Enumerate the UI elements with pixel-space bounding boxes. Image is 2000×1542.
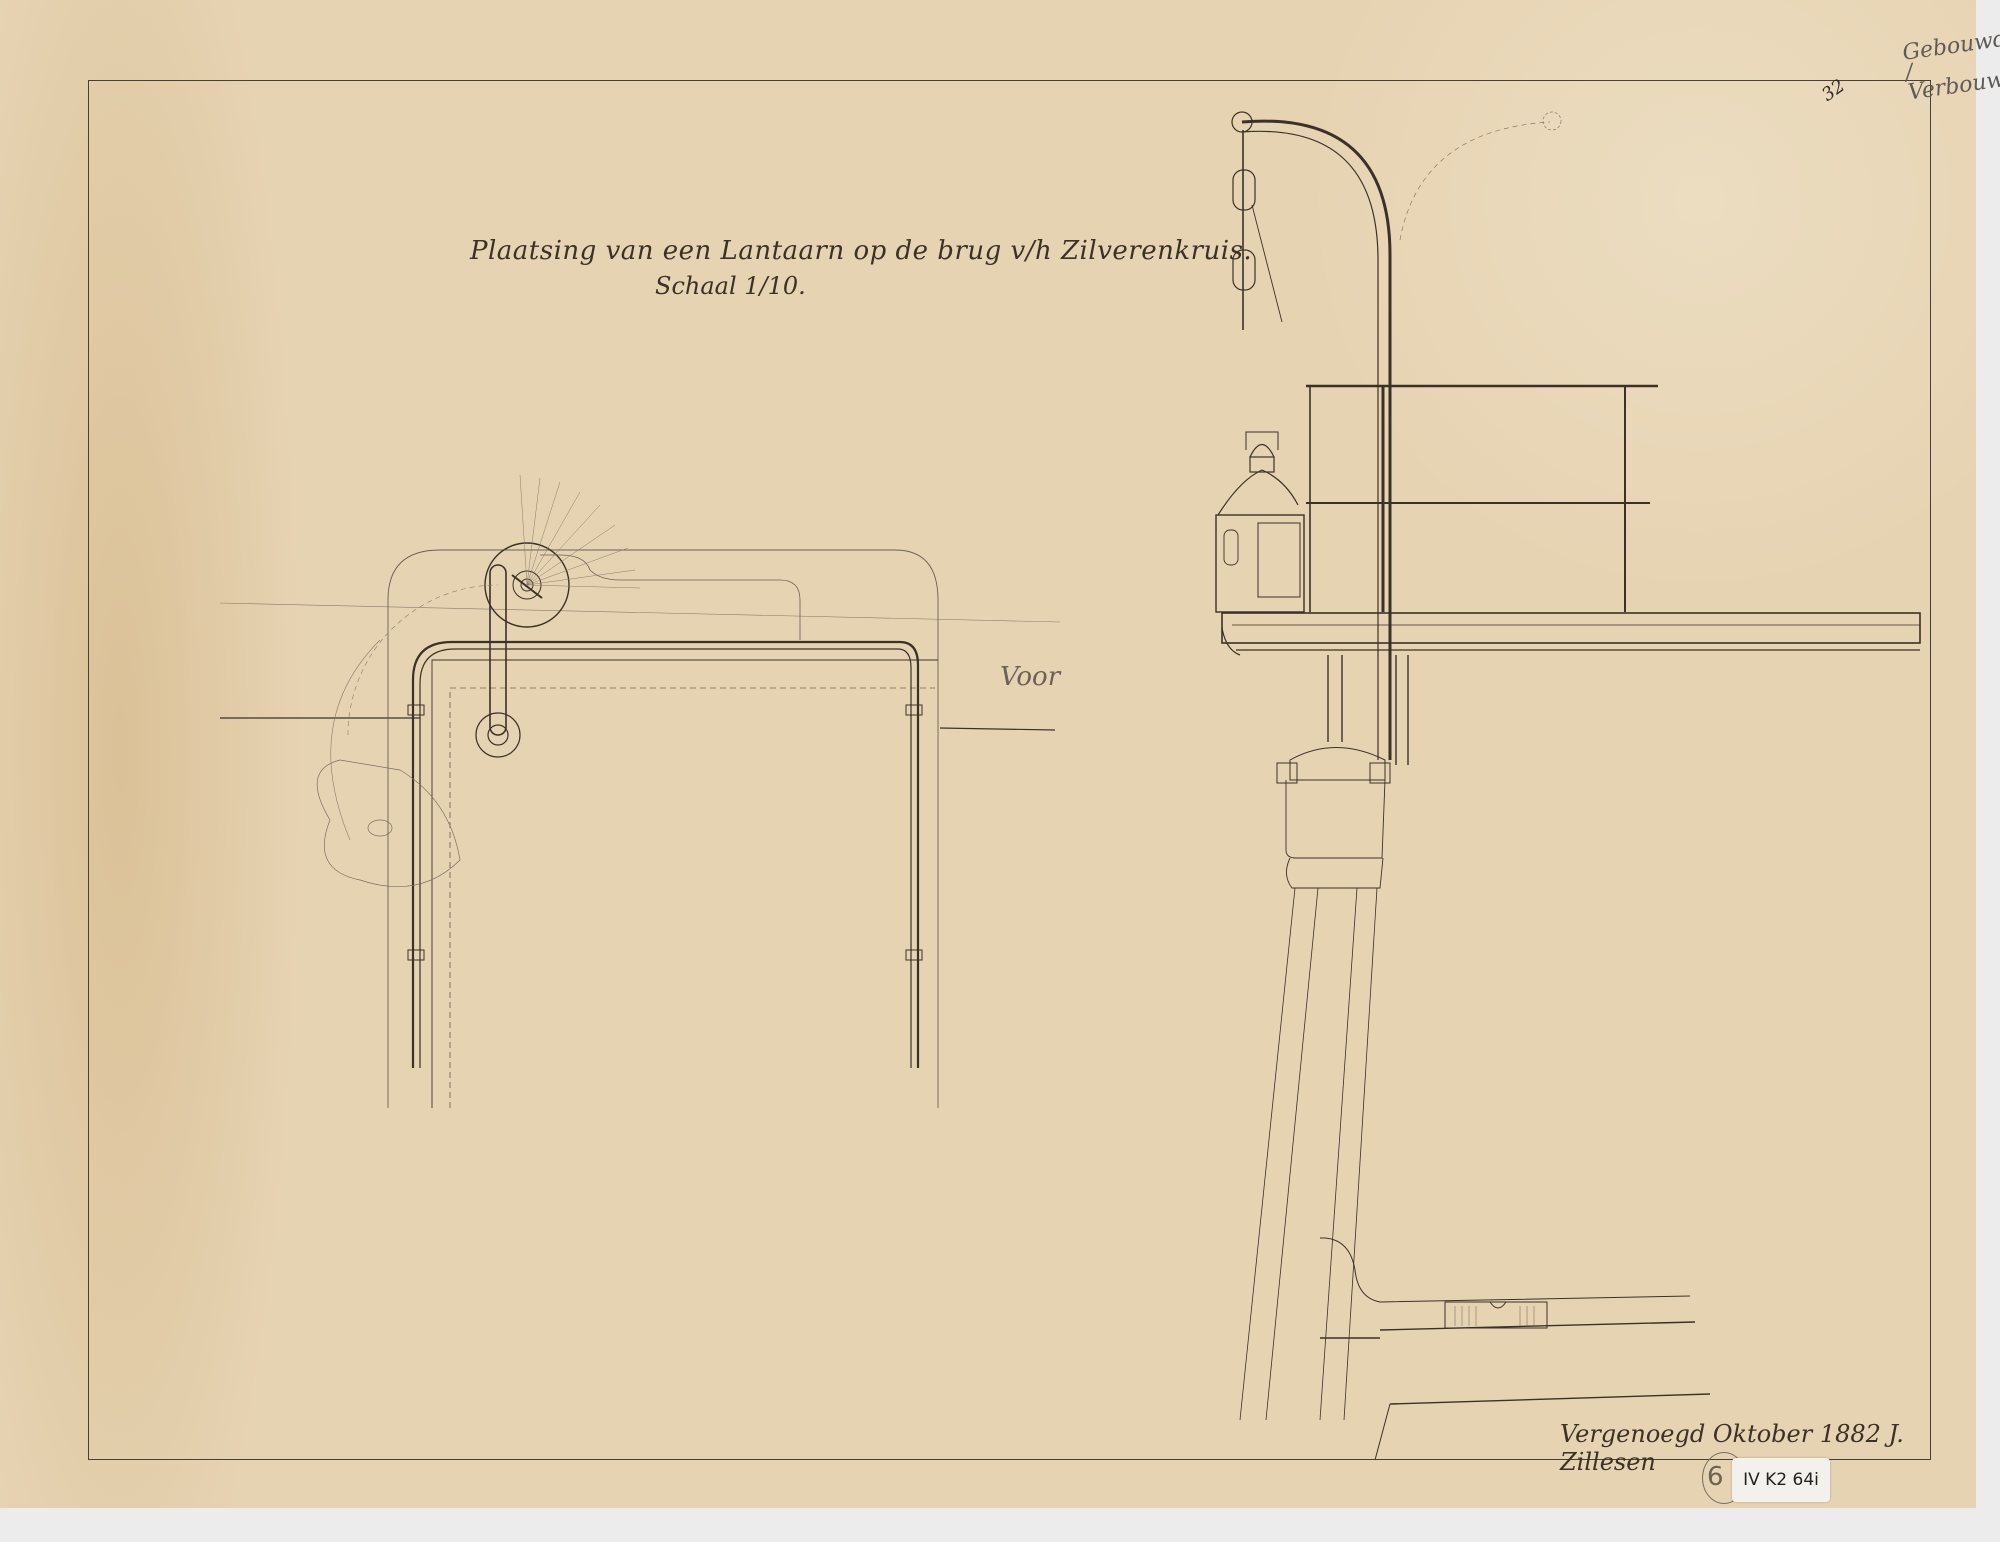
plan-view	[220, 475, 1060, 1108]
archive-label: IV K2 64i	[1732, 1458, 1830, 1502]
drawing-sheet: Plaatsing van een Lantaarn op de brug v/…	[0, 0, 1976, 1508]
top-right-note: Gebouwd / Verbouwd	[1901, 29, 2000, 104]
scale-label: Schaal 1/10.	[655, 272, 806, 300]
lantern	[1216, 432, 1304, 612]
drawing-title: Plaatsing van een Lantaarn op de brug v/…	[470, 236, 1252, 266]
front-annotation: Voor	[1000, 662, 1060, 692]
side-elevation	[1216, 112, 1920, 1460]
technical-drawing	[0, 0, 2000, 1542]
